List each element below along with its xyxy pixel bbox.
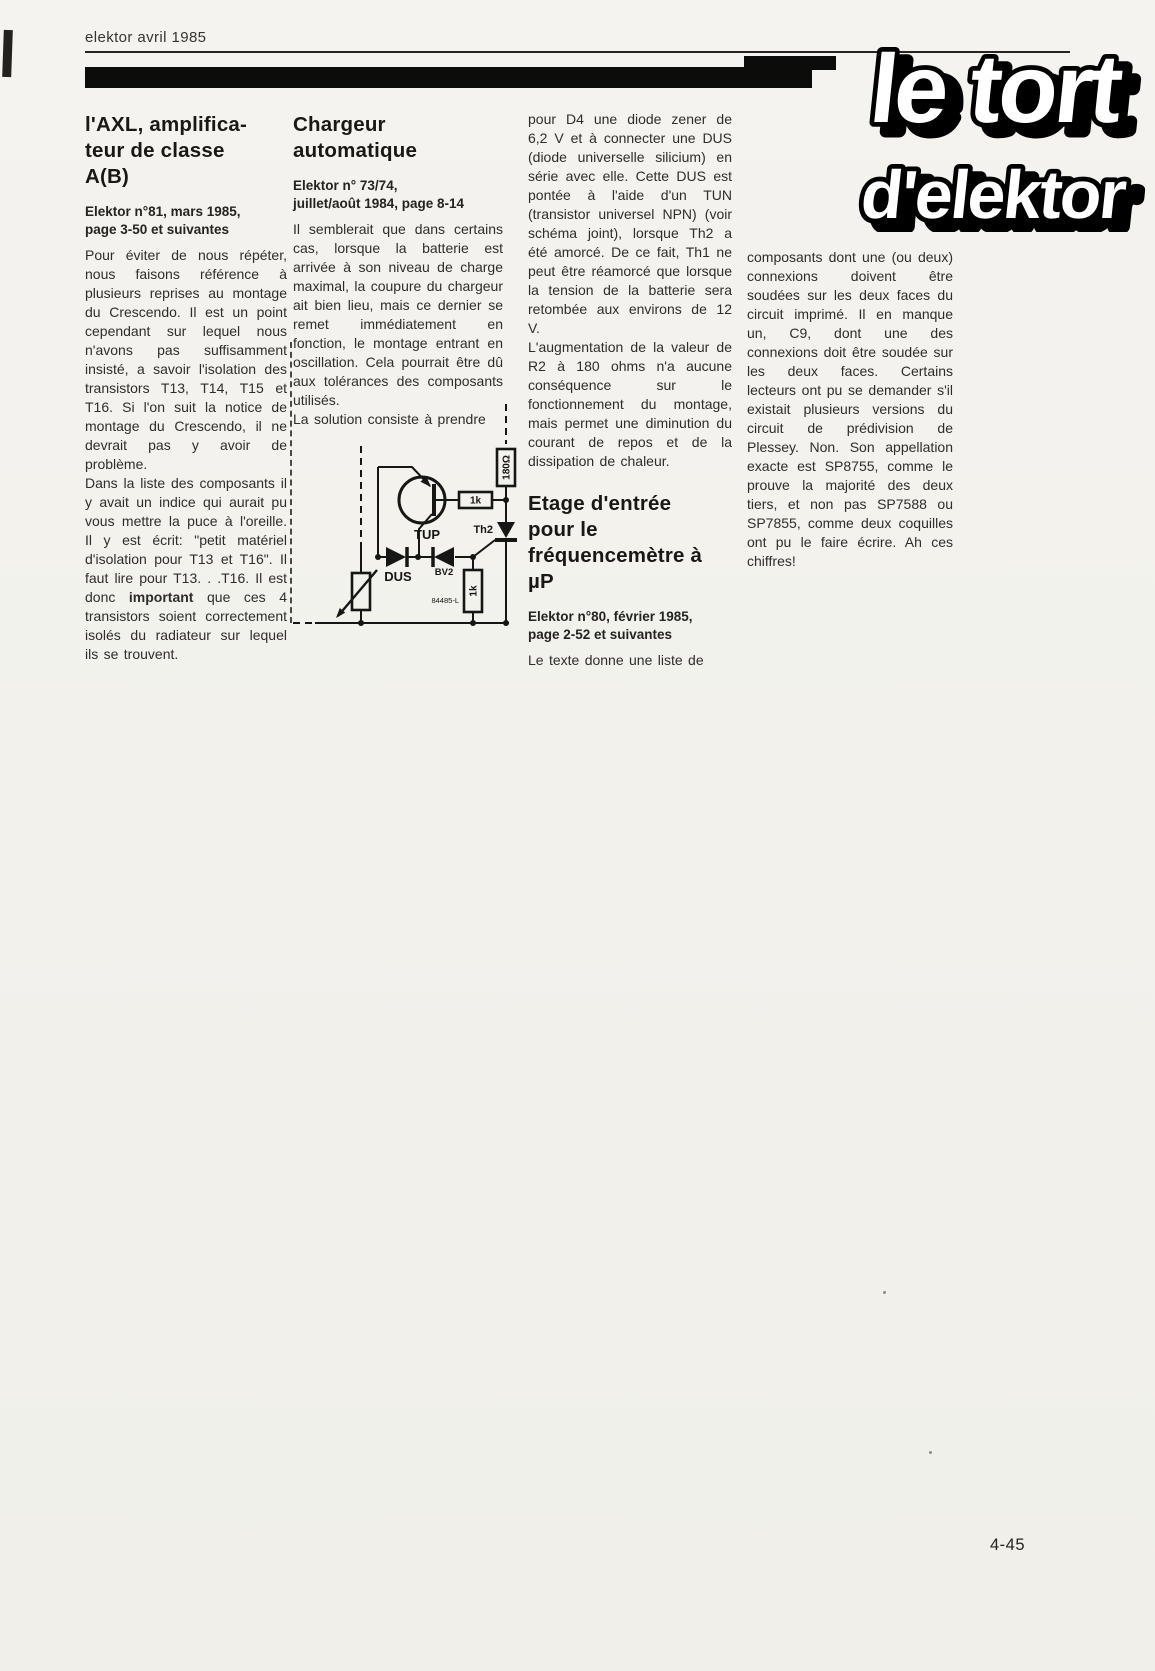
axl-para-2-text: Dans la liste des composants il y avait …	[85, 475, 287, 605]
chargeur-cont-1: pour D4 une diode zener de 6,2 V et à co…	[528, 110, 732, 338]
column-3: pour D4 une diode zener de 6,2 V et à co…	[528, 110, 732, 670]
masthead-text: elektor avril 1985	[85, 29, 206, 46]
etage-cont-1: composants dont une (ou deux) connexions…	[747, 248, 953, 571]
axl-para-1: Pour éviter de nous répéter, nous faison…	[85, 246, 287, 474]
le-tort-delektor-logo: le tort d'elektor le tort d'elektor	[728, 26, 1152, 232]
potentiometer-symbol	[336, 570, 377, 618]
dus-diode-symbol	[386, 547, 407, 567]
etage-ref: Elektor n°80, février 1985, page 2-52 et…	[528, 608, 732, 644]
axl-ref: Elektor n°81, mars 1985, page 3-50 et su…	[85, 203, 287, 239]
resistor-1k-gate-label: 1k	[469, 585, 480, 597]
bv2-label: BV2	[435, 567, 453, 578]
etage-title: Etage d'entrée pour le fréquencemètre à …	[528, 491, 732, 595]
th2-thyristor-symbol	[495, 522, 517, 540]
resistor-180ohm-label: 180Ω	[502, 455, 513, 480]
etage-para-1: Le texte donne une liste de	[528, 651, 732, 670]
figure-reference: 84485-L	[431, 596, 459, 605]
article-chargeur: Chargeur automatique Elektor n° 73/74, j…	[293, 112, 503, 429]
chargeur-cont-2: L'augmentation de la valeur de R2 à 180 …	[528, 338, 732, 471]
axl-title: l'AXL, amplifica- teur de classe A(B)	[85, 112, 287, 190]
logo-connector-bar	[744, 56, 836, 70]
logo-line-1: le tort	[865, 34, 1127, 143]
axl-para-2: Dans la liste des composants il y avait …	[85, 474, 287, 664]
magazine-page: { "page": { "masthead": "elektor avril 1…	[0, 0, 1155, 1671]
column-4: composants dont une (ou deux) connexions…	[747, 248, 953, 571]
scan-speck	[929, 1451, 932, 1454]
article-axl: l'AXL, amplifica- teur de classe A(B) El…	[85, 112, 287, 664]
tup-label: TUP	[414, 527, 440, 542]
chargeur-para-1: Il semblerait que dans certains cas, lor…	[293, 220, 503, 410]
axl-para-2-bold: important	[129, 589, 194, 605]
scan-edge-artifact	[2, 30, 13, 77]
charger-schematic: TUP DUS BV2 Th2 1k 180Ω 1k 84485-L	[291, 396, 526, 631]
th2-gate-wire	[473, 540, 495, 557]
chargeur-title: Chargeur automatique	[293, 112, 503, 164]
chargeur-ref: Elektor n° 73/74, juillet/août 1984, pag…	[293, 177, 503, 213]
page-number: 4-45	[990, 1536, 1025, 1555]
th2-label: Th2	[473, 524, 493, 536]
logo-line-2: d'elektor	[858, 157, 1130, 232]
resistor-1k-base-label: 1k	[470, 496, 482, 507]
bv2-diode-symbol	[433, 547, 454, 567]
scan-speck	[883, 1291, 886, 1294]
dus-label: DUS	[384, 569, 412, 584]
masthead-bar	[85, 67, 812, 88]
